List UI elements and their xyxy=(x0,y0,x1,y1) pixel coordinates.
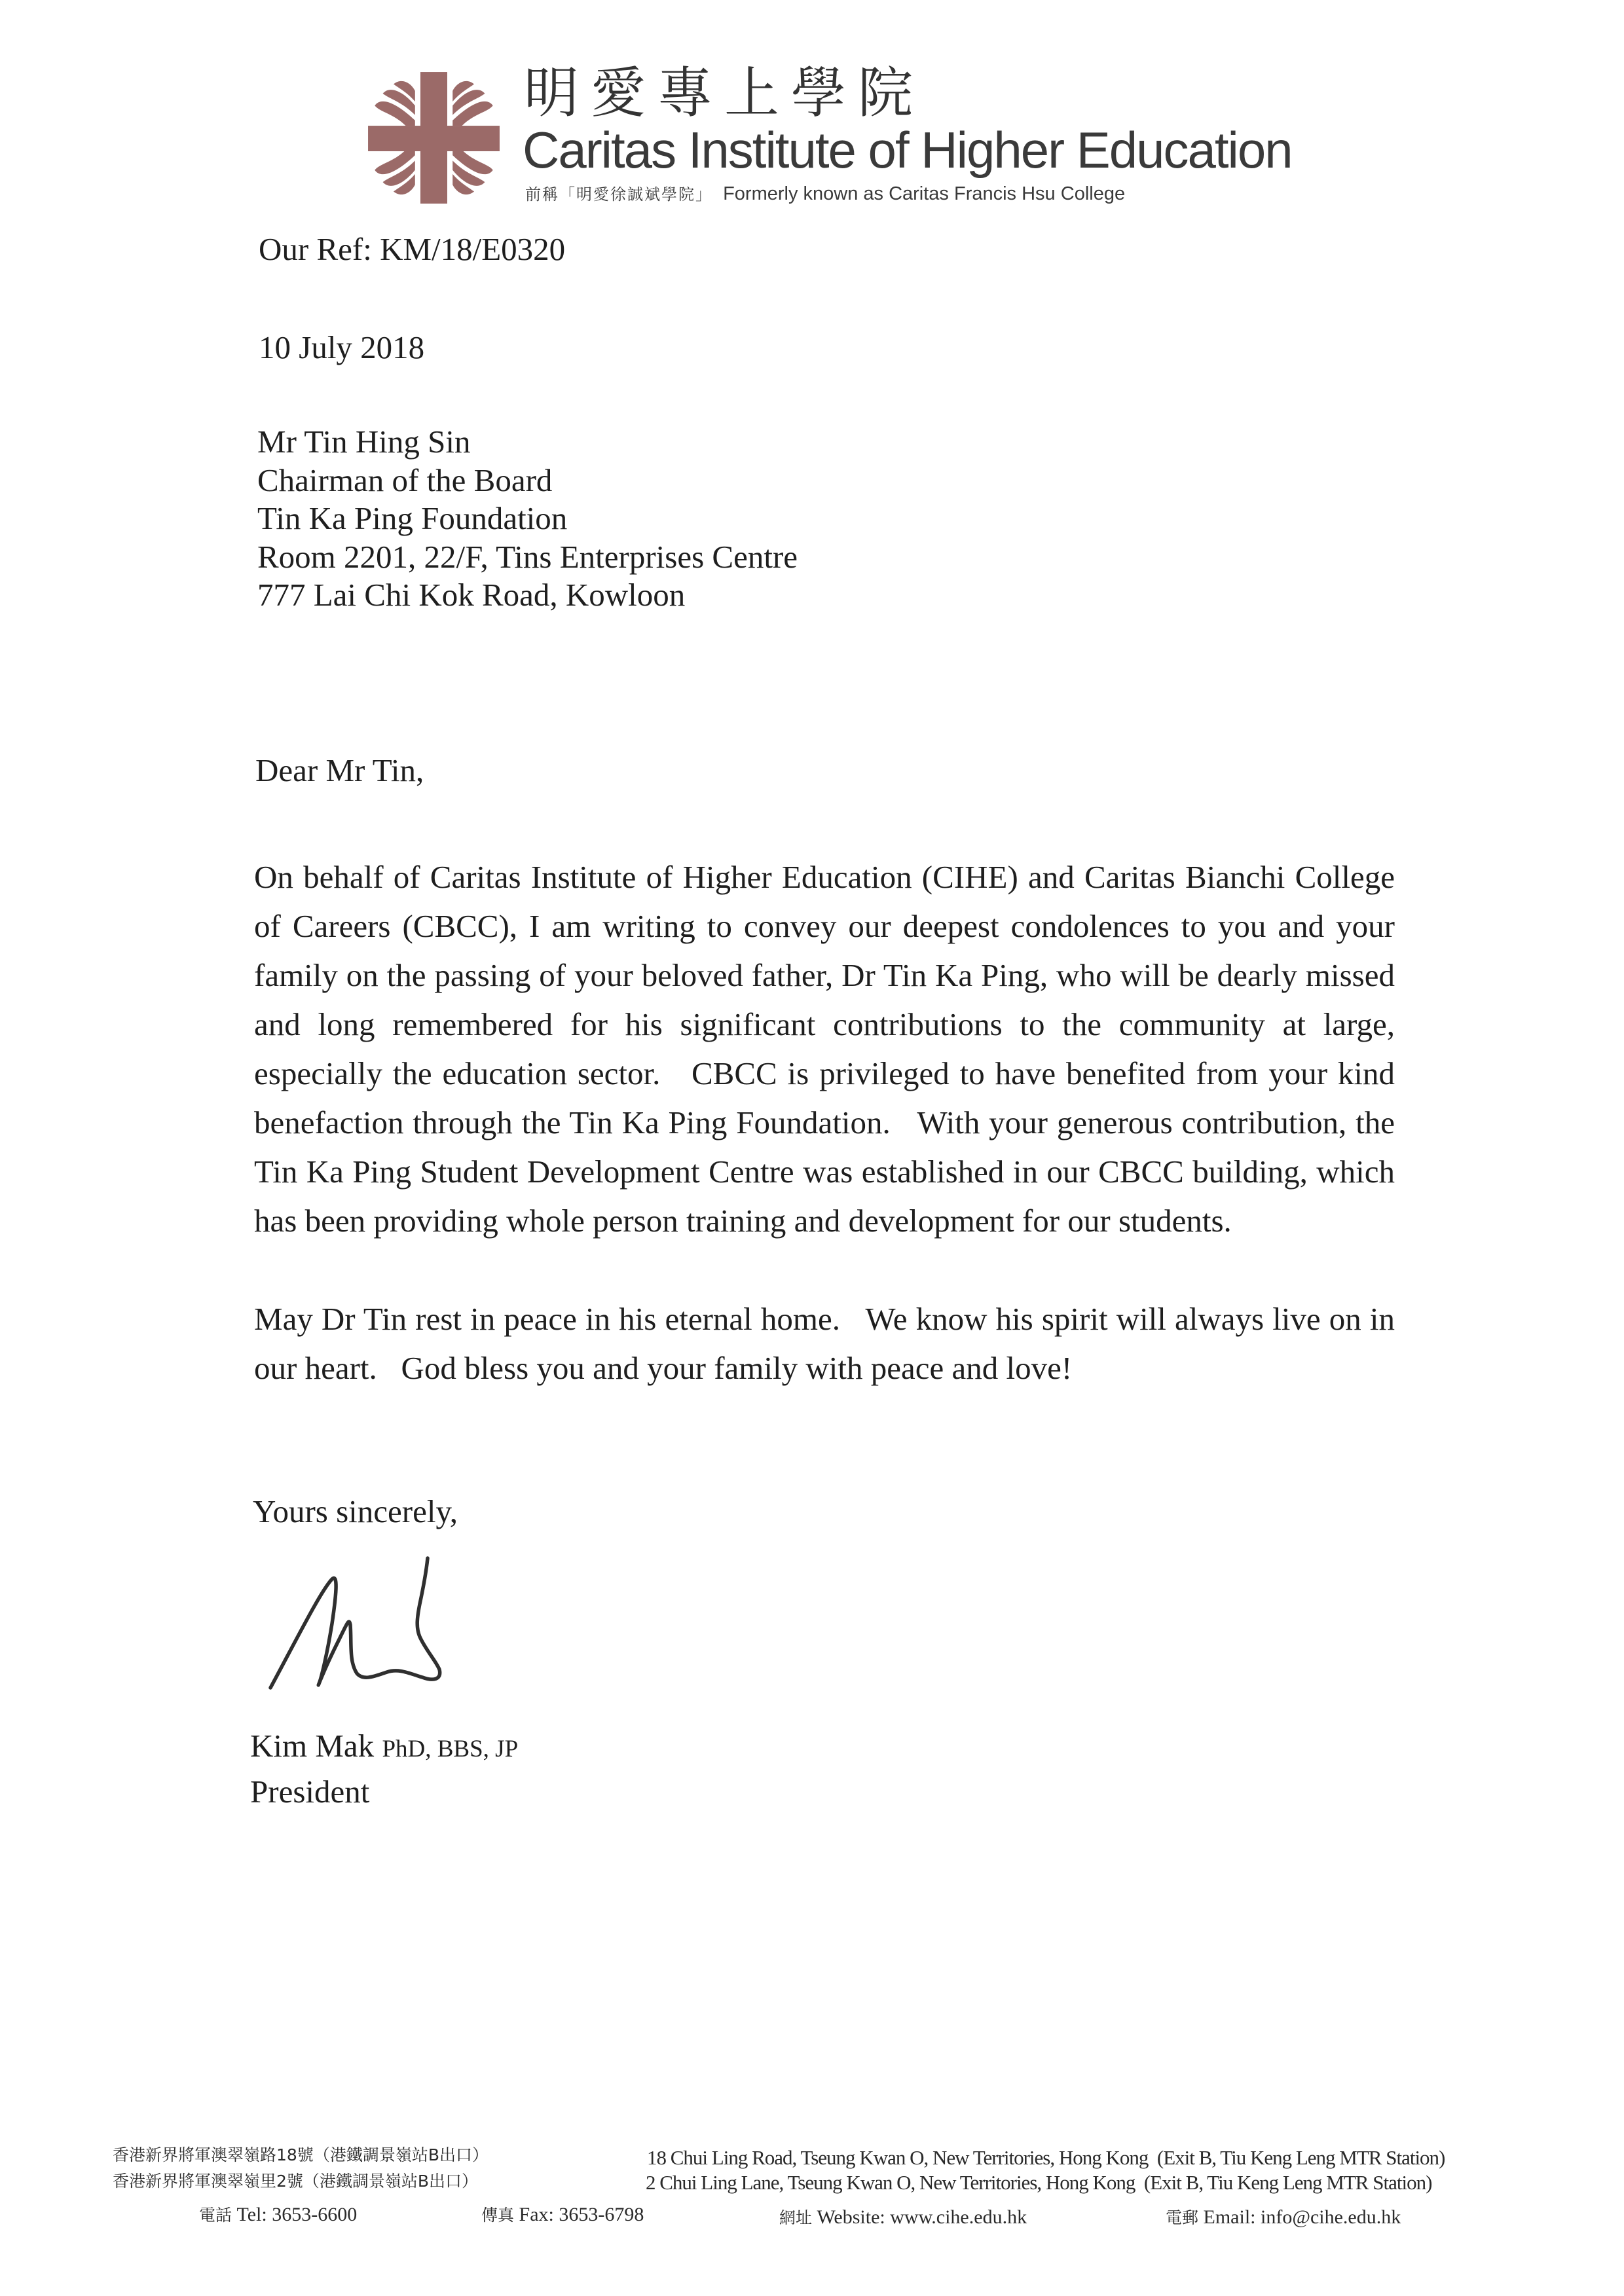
closing: Yours sincerely, xyxy=(253,1495,458,1527)
email-label-chinese: 電郵 xyxy=(1166,2208,1198,2227)
institution-english-name: Caritas Institute of Higher Education xyxy=(523,124,1292,175)
signer-post-nominals: PhD, BBS, JP xyxy=(382,1736,518,1762)
institution-chinese-name: 明愛專上學院 xyxy=(524,65,925,120)
recipient-organization: Tin Ka Ping Foundation xyxy=(257,500,798,538)
recipient-address-line-1: Room 2201, 22/F, Tins Enterprises Centre xyxy=(257,538,798,577)
footer-address-english-2: 2 Chui Ling Lane, Tseung Kwan O, New Ter… xyxy=(646,2172,1431,2193)
telephone-number: Tel: 3653-6600 xyxy=(237,2204,358,2225)
footer-fax: 傳真 Fax: 3653-6798 xyxy=(481,2205,644,2225)
signer-title: President xyxy=(250,1776,369,1808)
recipient-address-line-2: 777 Lai Chi Kok Road, Kowloon xyxy=(257,576,798,615)
footer-website[interactable]: 網址 Website: www.cihe.edu.hk xyxy=(779,2208,1027,2227)
signer-name: Kim Mak PhD, BBS, JP xyxy=(250,1730,518,1762)
signer-full-name: Kim Mak xyxy=(250,1728,374,1764)
footer-email[interactable]: 電郵 Email: info@cihe.edu.hk xyxy=(1166,2208,1401,2227)
footer-telephone: 電話 Tel: 3653-6600 xyxy=(199,2205,357,2225)
footer-address-chinese-1: 香港新界將軍澳翠嶺路18號（港鐵調景嶺站B出口） xyxy=(113,2145,489,2164)
body-paragraph: On behalf of Caritas Institute of Higher… xyxy=(254,852,1395,1245)
former-name-english: Formerly known as Caritas Francis Hsu Co… xyxy=(723,183,1125,204)
website-link[interactable]: Website: www.cihe.edu.hk xyxy=(817,2206,1027,2228)
reference-number: Our Ref: KM/18/E0320 xyxy=(259,233,565,265)
former-name-chinese: 前稱「明愛徐誠斌學院」 xyxy=(525,185,712,204)
caritas-cross-icon xyxy=(367,71,501,205)
footer-address-chinese-2: 香港新界將軍澳翠嶺里2號（港鐵調景嶺站B出口） xyxy=(113,2171,478,2191)
website-label-chinese: 網址 xyxy=(779,2208,812,2227)
email-link[interactable]: Email: info@cihe.edu.hk xyxy=(1204,2206,1401,2228)
footer-address-english-1: 18 Chui Ling Road, Tseung Kwan O, New Te… xyxy=(647,2147,1445,2168)
body-paragraph: May Dr Tin rest in peace in his eternal … xyxy=(254,1294,1395,1393)
recipient-name: Mr Tin Hing Sin xyxy=(257,423,798,462)
recipient-title: Chairman of the Board xyxy=(257,462,798,500)
letter-date: 10 July 2018 xyxy=(259,331,424,363)
handwritten-signature-icon xyxy=(259,1545,468,1709)
former-name: 前稱「明愛徐誠斌學院」 Formerly known as Caritas Fr… xyxy=(525,185,1125,204)
salutation: Dear Mr Tin, xyxy=(255,754,424,786)
telephone-label-chinese: 電話 xyxy=(199,2206,232,2225)
recipient-address: Mr Tin Hing Sin Chairman of the Board Ti… xyxy=(257,423,798,615)
fax-label-chinese: 傳真 xyxy=(481,2206,514,2225)
fax-number: Fax: 3653-6798 xyxy=(519,2204,644,2225)
